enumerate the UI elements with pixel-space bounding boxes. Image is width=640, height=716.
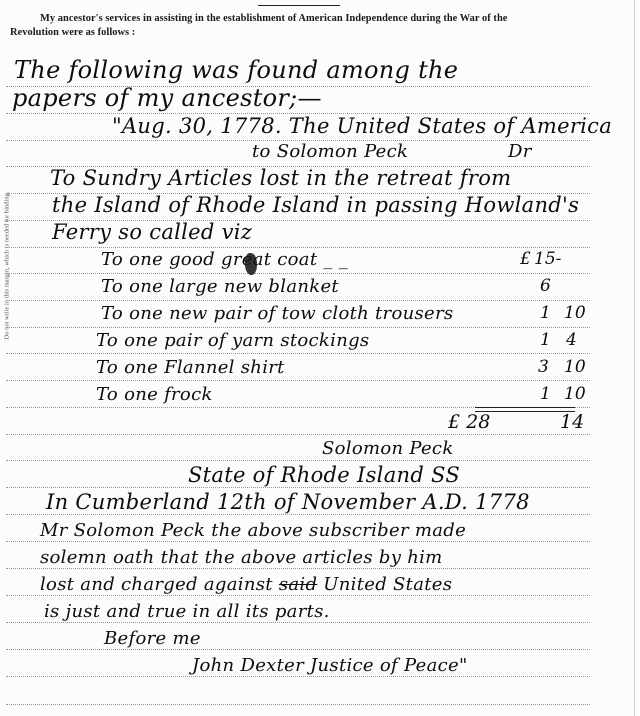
ruled-line xyxy=(6,704,590,705)
signature-solomon-peck: Solomon Peck xyxy=(322,438,454,459)
oath-line-1: Mr Solomon Peck the above subscriber mad… xyxy=(40,520,466,541)
before-me: Before me xyxy=(104,628,201,649)
intro-line-1: The following was found among the xyxy=(14,56,458,84)
oath-line-3-start: lost and charged against xyxy=(40,574,279,595)
intro-line-2: papers of my ancestor;— xyxy=(12,84,322,112)
item-pound-sign: £ xyxy=(520,249,531,269)
debtor-abbreviation: Dr xyxy=(508,141,532,162)
item-description: To one Flannel shirt xyxy=(96,357,285,378)
ruled-line xyxy=(6,247,590,248)
printed-header-line2: Revolution were as follows : xyxy=(10,27,135,38)
ruled-line xyxy=(6,273,590,274)
state-of-rhode-island-line: State of Rhode Island SS xyxy=(188,463,460,487)
item-shillings: 10 xyxy=(564,303,586,323)
sundry-line-1: To Sundry Articles lost in the retreat f… xyxy=(50,166,511,190)
to-solomon-peck-line: to Solomon Peck xyxy=(252,141,408,162)
item-shillings: 15- xyxy=(534,249,561,269)
total-pounds: £ 28 xyxy=(448,411,490,433)
ruled-line xyxy=(6,622,590,623)
ruled-line xyxy=(6,568,590,569)
sundry-line-2: the Island of Rhode Island in passing Ho… xyxy=(52,193,579,217)
printed-header-line1: My ancestor's services in assisting in t… xyxy=(40,13,507,24)
date-line: "Aug. 30, 1778. The United States of Ame… xyxy=(112,114,612,138)
oath-line-3-end: United States xyxy=(317,574,452,595)
ruled-line xyxy=(6,514,590,515)
item-description: To one good great coat _ _ xyxy=(101,249,348,270)
ruled-line xyxy=(6,300,590,301)
item-shillings: 10 xyxy=(564,357,586,377)
item-shillings: 4 xyxy=(566,330,577,350)
total-shillings: 14 xyxy=(560,411,584,433)
ruled-line xyxy=(6,434,590,435)
top-rule-divider xyxy=(258,5,340,6)
item-shillings: 10 xyxy=(564,384,586,404)
oath-line-4: is just and true in all its parts. xyxy=(44,601,330,622)
document-page: My ancestor's services in assisting in t… xyxy=(0,0,640,716)
item-pounds: 1 xyxy=(540,384,551,404)
ruled-line xyxy=(6,353,590,354)
item-pounds: 3 xyxy=(538,357,549,377)
item-description: To one frock xyxy=(96,384,213,405)
ruled-line xyxy=(6,487,590,488)
ruled-line xyxy=(6,649,590,650)
ruled-line xyxy=(6,541,590,542)
cumberland-line: In Cumberland 12th of November A.D. 1778 xyxy=(46,490,530,514)
oath-line-3: lost and charged against said United Sta… xyxy=(40,574,452,595)
sundry-line-3: Ferry so called viz xyxy=(52,220,252,244)
item-pounds: 6 xyxy=(540,276,551,296)
page-edge xyxy=(634,0,635,716)
item-description: To one large new blanket xyxy=(101,276,339,297)
item-pounds: 1 xyxy=(540,330,551,350)
item-pounds: 1 xyxy=(540,303,551,323)
justice-signature: John Dexter Justice of Peace" xyxy=(192,655,468,676)
ruled-line xyxy=(6,595,590,596)
ruled-line xyxy=(6,380,590,381)
printed-header: My ancestor's services in assisting in t… xyxy=(10,12,610,40)
ruled-line xyxy=(6,460,590,461)
struck-word: said xyxy=(279,574,317,595)
oath-line-2: solemn oath that the above articles by h… xyxy=(40,547,443,568)
binding-margin-note: Do not write in this margin, which is ne… xyxy=(4,131,11,401)
ink-blot xyxy=(245,253,257,275)
ruled-line xyxy=(6,327,590,328)
ruled-line xyxy=(6,676,590,677)
item-description: To one new pair of tow cloth trousers xyxy=(101,303,453,324)
item-description: To one pair of yarn stockings xyxy=(96,330,369,351)
